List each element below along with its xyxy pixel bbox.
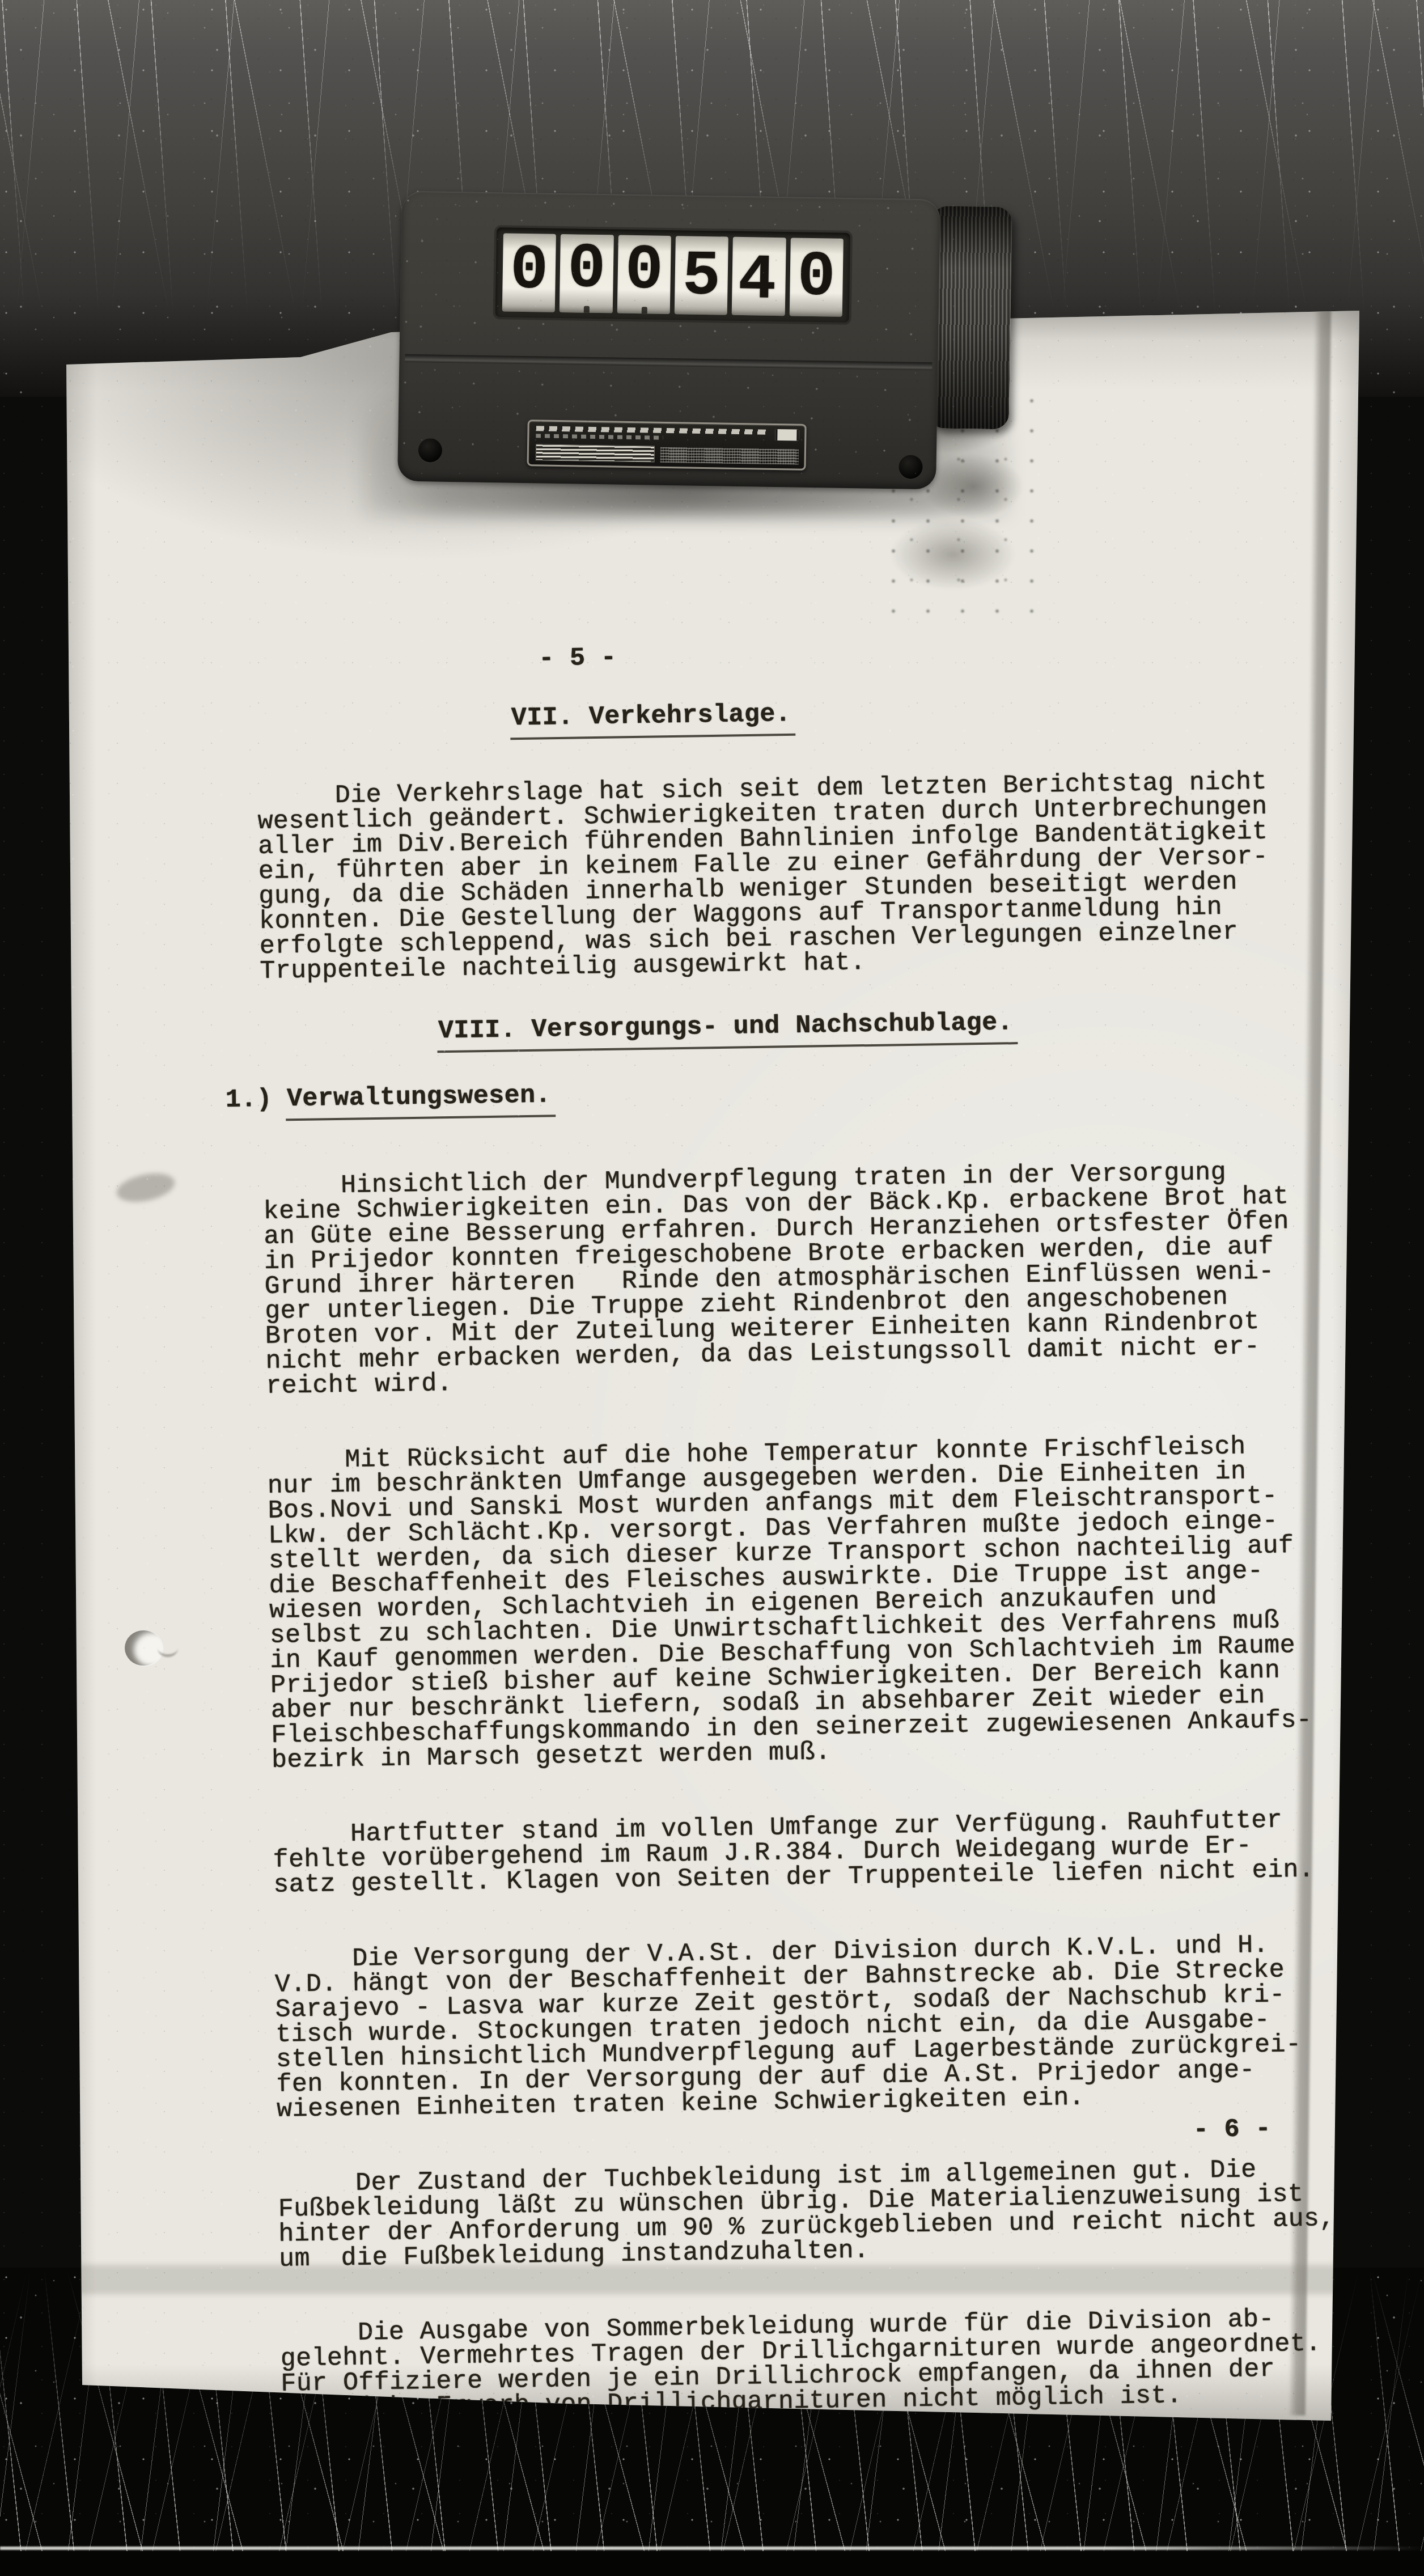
counter-digit-cell: 4	[732, 237, 786, 316]
paragraph-verwaltung-brot: Hinsichtlich der Mundverpflegung traten …	[263, 1159, 1349, 1399]
counter-digit: 0	[567, 238, 606, 302]
label-plate-striped-block	[536, 444, 655, 462]
frame-counter-device: 0 0 0 5 4 0	[397, 191, 1014, 491]
counter-digit: 5	[682, 245, 721, 309]
document-page: - 5 - VII. Verkehrslage. Die Verkehrslag…	[57, 306, 1366, 2426]
smudge-mark	[114, 1169, 177, 1207]
film-edge-highlight	[0, 2547, 1424, 2550]
section-viii-body: Hinsichtlich der Mundverpflegung traten …	[262, 1109, 1359, 2122]
label-plate-text-row	[536, 434, 663, 440]
subsection-title: Verwaltungswesen.	[286, 1083, 556, 1121]
film-edge-black-strip	[0, 2551, 1424, 2576]
punch-hole	[125, 1630, 162, 1666]
counter-digit-cell: 0	[560, 234, 613, 313]
next-page-number: - 6 -	[1193, 2117, 1272, 2143]
label-plate-logo	[775, 429, 799, 441]
subsection-number: 1.)	[225, 1085, 272, 1115]
typed-text-block: - 5 - VII. Verkehrslage. Die Verkehrslag…	[255, 635, 1361, 2193]
counter-knurled-wheel	[929, 206, 1012, 429]
subsection-heading: 1.)Verwaltungswesen.	[225, 1083, 556, 1122]
counter-digit-cell: 0	[617, 235, 671, 314]
counter-digit: 0	[510, 239, 549, 303]
section-vii-heading: VII. Verkehrslage.	[511, 702, 795, 740]
section-vii-heading-text: VII. Verkehrslage.	[510, 702, 795, 740]
counter-digit: 4	[738, 249, 777, 313]
photograph-of-archival-document: - 5 - VII. Verkehrslage. Die Verkehrslag…	[0, 0, 1424, 2576]
paragraph-hartfutter: Hartfutter stand im vollen Umfange zur V…	[273, 1807, 1357, 1897]
section-viii-heading: VIII. Versorgungs- und Nachschublage.	[438, 1010, 1018, 1053]
counter-digit-cell: 0	[789, 238, 843, 316]
section-vii-paragraph: Die Verkehrslage hat sich seit dem letzt…	[257, 770, 1270, 984]
paragraph-frischfleisch: Mit Rücksicht auf die hohe Temperatur ko…	[267, 1433, 1354, 1773]
label-plate-fine-print	[660, 447, 799, 465]
counter-digit-cell: 5	[675, 236, 728, 315]
paragraph-bekleidung: Der Zustand der Tuchbekleidung ist im al…	[278, 2156, 1362, 2272]
counter-label-plate	[527, 420, 806, 471]
section-viii-heading-text: VIII. Versorgungs- und Nachschublage.	[437, 1010, 1018, 1053]
page-number: - 5 -	[539, 646, 617, 672]
counter-digit: 0	[797, 246, 836, 310]
label-plate-text-row	[536, 426, 768, 434]
counter-display-window: 0 0 0 5 4 0	[495, 227, 850, 323]
counter-digit: 0	[625, 239, 664, 303]
paragraph-versorgung-bahn: Die Versorgung der V.A.St. der Division …	[274, 1931, 1359, 2122]
counter-digit-cell: 0	[502, 233, 556, 312]
